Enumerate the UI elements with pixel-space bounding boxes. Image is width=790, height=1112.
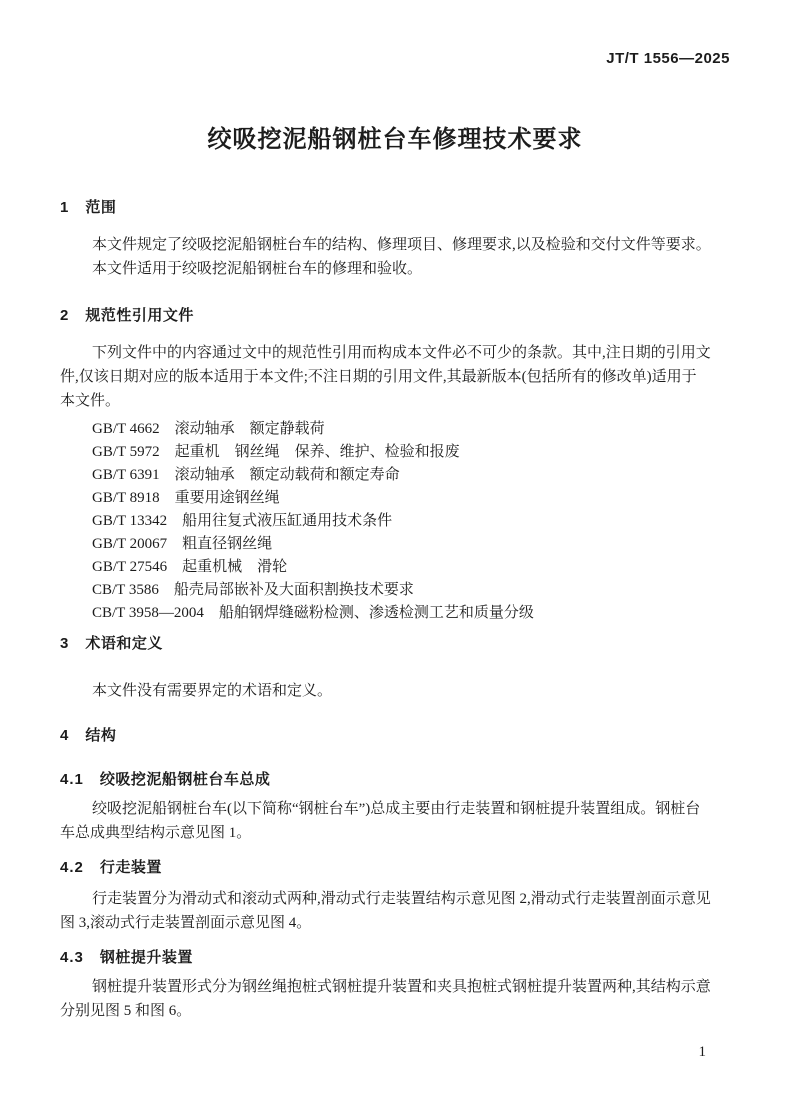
section-number: 2 (60, 305, 69, 327)
section-number: 1 (60, 197, 69, 219)
text-line: 本文件规定了绞吸挖泥船钢桩台车的结构、修理项目、修理要求,以及检验和交付文件等要… (60, 233, 730, 257)
text-line: 本文件没有需要界定的术语和定义。 (60, 679, 730, 703)
document-page: JT/T 1556—2025 绞吸挖泥船钢桩台车修理技术要求 1范围 本文件规定… (0, 0, 790, 1112)
reference-item: GB/T 6391 滚动轴承 额定动载荷和额定寿命 (92, 464, 730, 487)
reference-item: GB/T 4662 滚动轴承 额定静载荷 (92, 418, 730, 441)
reference-item: GB/T 20067 粗直径钢丝绳 (92, 533, 730, 556)
text-line: 行走装置分为滑动式和滚动式两种,滑动式行走装置结构示意见图 2,滑动式行走装置剖… (60, 887, 730, 911)
section-heading-3: 3术语和定义 (60, 633, 730, 655)
section-title: 规范性引用文件 (85, 307, 194, 324)
text-line: 图 3,滚动式行走装置剖面示意见图 4。 (60, 911, 730, 935)
text-line: 钢桩提升装置形式分为钢丝绳抱桩式钢桩提升装置和夹具抱桩式钢桩提升装置两种,其结构… (60, 975, 730, 999)
section-title: 范围 (85, 199, 116, 216)
reference-item: GB/T 13342 船用往复式液压缸通用技术条件 (92, 510, 730, 533)
section-4-1-body: 绞吸挖泥船钢桩台车(以下简称“钢桩台车”)总成主要由行走装置和钢桩提升装置组成。… (60, 797, 730, 845)
section-heading-4-2: 4.2行走装置 (60, 857, 730, 879)
document-title: 绞吸挖泥船钢桩台车修理技术要求 (60, 125, 730, 155)
section-number: 4.2 (60, 857, 84, 879)
text-line: 件,仅该日期对应的版本适用于本文件;不注日期的引用文件,其最新版本(包括所有的修… (60, 365, 730, 389)
section-number: 4 (60, 725, 69, 747)
section-1-body: 本文件规定了绞吸挖泥船钢桩台车的结构、修理项目、修理要求,以及检验和交付文件等要… (60, 233, 730, 281)
section-number: 4.3 (60, 947, 84, 969)
section-title: 行走装置 (100, 859, 162, 876)
text-line: 下列文件中的内容通过文中的规范性引用而构成本文件必不可少的条款。其中,注日期的引… (60, 341, 730, 365)
text-line: 分别见图 5 和图 6。 (60, 999, 730, 1023)
text-line: 车总成典型结构示意见图 1。 (60, 821, 730, 845)
section-heading-4-1: 4.1绞吸挖泥船钢桩台车总成 (60, 769, 730, 791)
section-4-2-body: 行走装置分为滑动式和滚动式两种,滑动式行走装置结构示意见图 2,滑动式行走装置剖… (60, 887, 730, 935)
text-line: 绞吸挖泥船钢桩台车(以下简称“钢桩台车”)总成主要由行走装置和钢桩提升装置组成。… (60, 797, 730, 821)
section-4-3-body: 钢桩提升装置形式分为钢丝绳抱桩式钢桩提升装置和夹具抱桩式钢桩提升装置两种,其结构… (60, 975, 730, 1023)
text-line: 本文件。 (60, 389, 730, 413)
text-line: 本文件适用于绞吸挖泥船钢桩台车的修理和验收。 (60, 257, 730, 281)
section-3-body: 本文件没有需要界定的术语和定义。 (60, 679, 730, 703)
section-2-body: 下列文件中的内容通过文中的规范性引用而构成本文件必不可少的条款。其中,注日期的引… (60, 341, 730, 413)
section-heading-2: 2规范性引用文件 (60, 305, 730, 327)
section-heading-4-3: 4.3钢桩提升装置 (60, 947, 730, 969)
section-heading-1: 1范围 (60, 197, 730, 219)
reference-item: GB/T 27546 起重机械 滑轮 (92, 556, 730, 579)
section-heading-4: 4结构 (60, 725, 730, 747)
page-number: 1 (699, 1042, 707, 1062)
section-title: 绞吸挖泥船钢桩台车总成 (100, 771, 271, 788)
reference-item: CB/T 3958—2004 船舶钢焊缝磁粉检测、渗透检测工艺和质量分级 (92, 602, 730, 625)
reference-item: GB/T 8918 重要用途钢丝绳 (92, 487, 730, 510)
normative-references-list: GB/T 4662 滚动轴承 额定静载荷 GB/T 5972 起重机 钢丝绳 保… (60, 418, 730, 625)
standard-number: JT/T 1556—2025 (60, 0, 730, 69)
section-number: 4.1 (60, 769, 84, 791)
reference-item: CB/T 3586 船壳局部嵌补及大面积割换技术要求 (92, 579, 730, 602)
section-title: 术语和定义 (85, 635, 163, 652)
reference-item: GB/T 5972 起重机 钢丝绳 保养、维护、检验和报废 (92, 441, 730, 464)
section-title: 结构 (85, 727, 116, 744)
section-number: 3 (60, 633, 69, 655)
section-title: 钢桩提升装置 (100, 949, 193, 966)
